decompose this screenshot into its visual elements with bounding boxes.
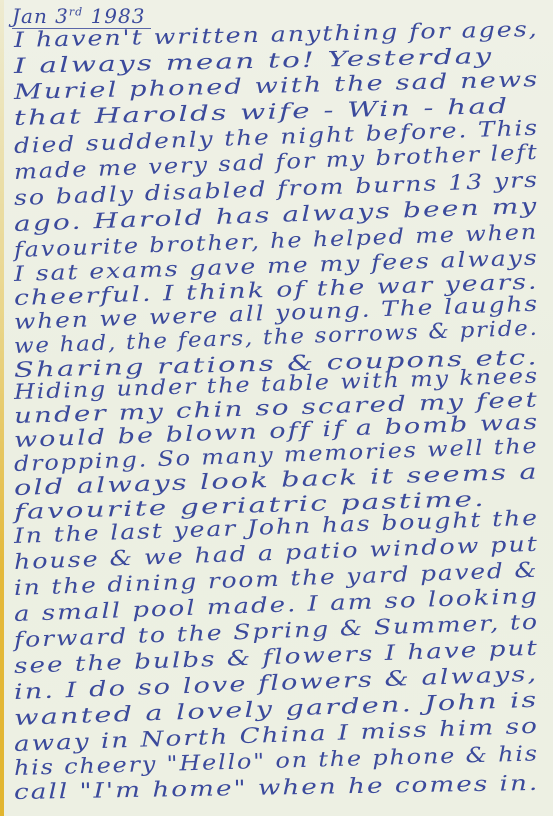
paper-edge xyxy=(0,0,4,816)
diary-page: Jan 3rd 1983 I haven't written anything … xyxy=(0,0,553,816)
date-year: 1983 xyxy=(91,4,146,28)
date-month-day: Jan 3 xyxy=(12,4,69,28)
date-suffix: rd xyxy=(69,5,83,18)
